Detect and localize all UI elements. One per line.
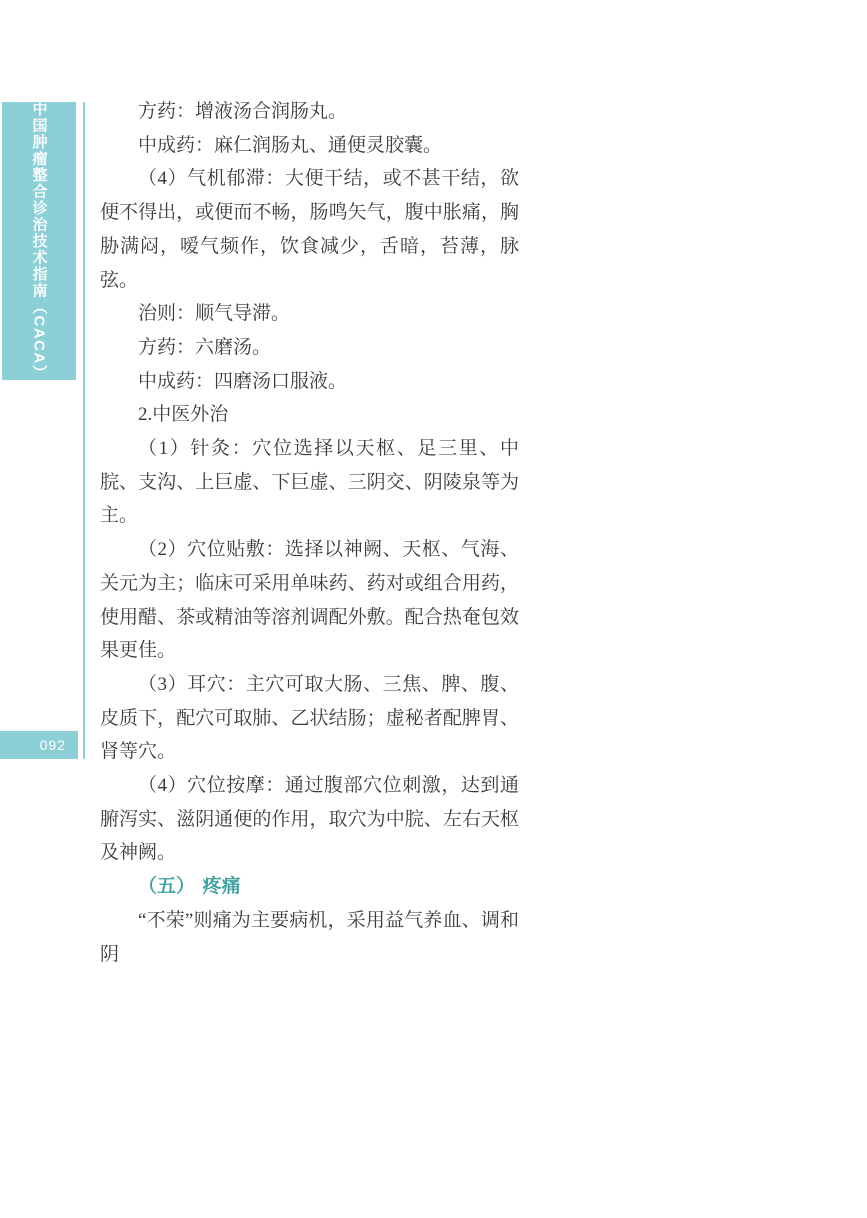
paragraph: 方药：增液汤合润肠丸。 <box>100 95 519 129</box>
paragraph: “不荣”则痛为主要病机，采用益气养血、调和阴 <box>100 904 519 971</box>
section-heading-title: 疼痛 <box>203 876 241 897</box>
paragraph: 2.中医外治 <box>100 398 519 432</box>
paragraph: （4）气机郁滞：大便干结，或不甚干结，欲便不得出，或便而不畅，肠鸣矢气，腹中胀痛… <box>100 162 519 297</box>
page-number-badge: 092 <box>0 731 78 759</box>
paragraph: 中成药：四磨汤口服液。 <box>100 365 519 399</box>
page-number: 092 <box>40 737 66 753</box>
section-heading-number: （五） <box>138 876 195 897</box>
vertical-rule <box>83 102 85 759</box>
paragraph: （1）针灸：穴位选择以天枢、足三里、中脘、支沟、上巨虚、下巨虚、三阴交、阴陵泉等… <box>100 432 519 533</box>
section-heading: （五）疼痛 <box>100 870 519 904</box>
sidebar-band: 中国肿瘤整合诊治技术指南（CACA） <box>2 102 76 380</box>
paragraph: 方药：六磨汤。 <box>100 331 519 365</box>
paragraph: 中成药：麻仁润肠丸、通便灵胶囊。 <box>100 129 519 163</box>
paragraph: 治则：顺气导滞。 <box>100 297 519 331</box>
book-title-vertical: 中国肿瘤整合诊治技术指南（CACA） <box>32 101 47 381</box>
content-column: 方药：增液汤合润肠丸。中成药：麻仁润肠丸、通便灵胶囊。（4）气机郁滞：大便干结，… <box>100 95 519 971</box>
paragraph: （2）穴位贴敷：选择以神阙、天枢、气海、关元为主；临床可采用单味药、药对或组合用… <box>100 533 519 668</box>
paragraph: （3）耳穴：主穴可取大肠、三焦、脾、腹、皮质下，配穴可取肺、乙状结肠；虚秘者配脾… <box>100 668 519 769</box>
paragraph: （4）穴位按摩：通过腹部穴位刺激，达到通腑泻实、滋阴通便的作用，取穴为中脘、左右… <box>100 769 519 870</box>
document-page: 中国肿瘤整合诊治技术指南（CACA） 092 方药：增液汤合润肠丸。中成药：麻仁… <box>0 0 867 1218</box>
